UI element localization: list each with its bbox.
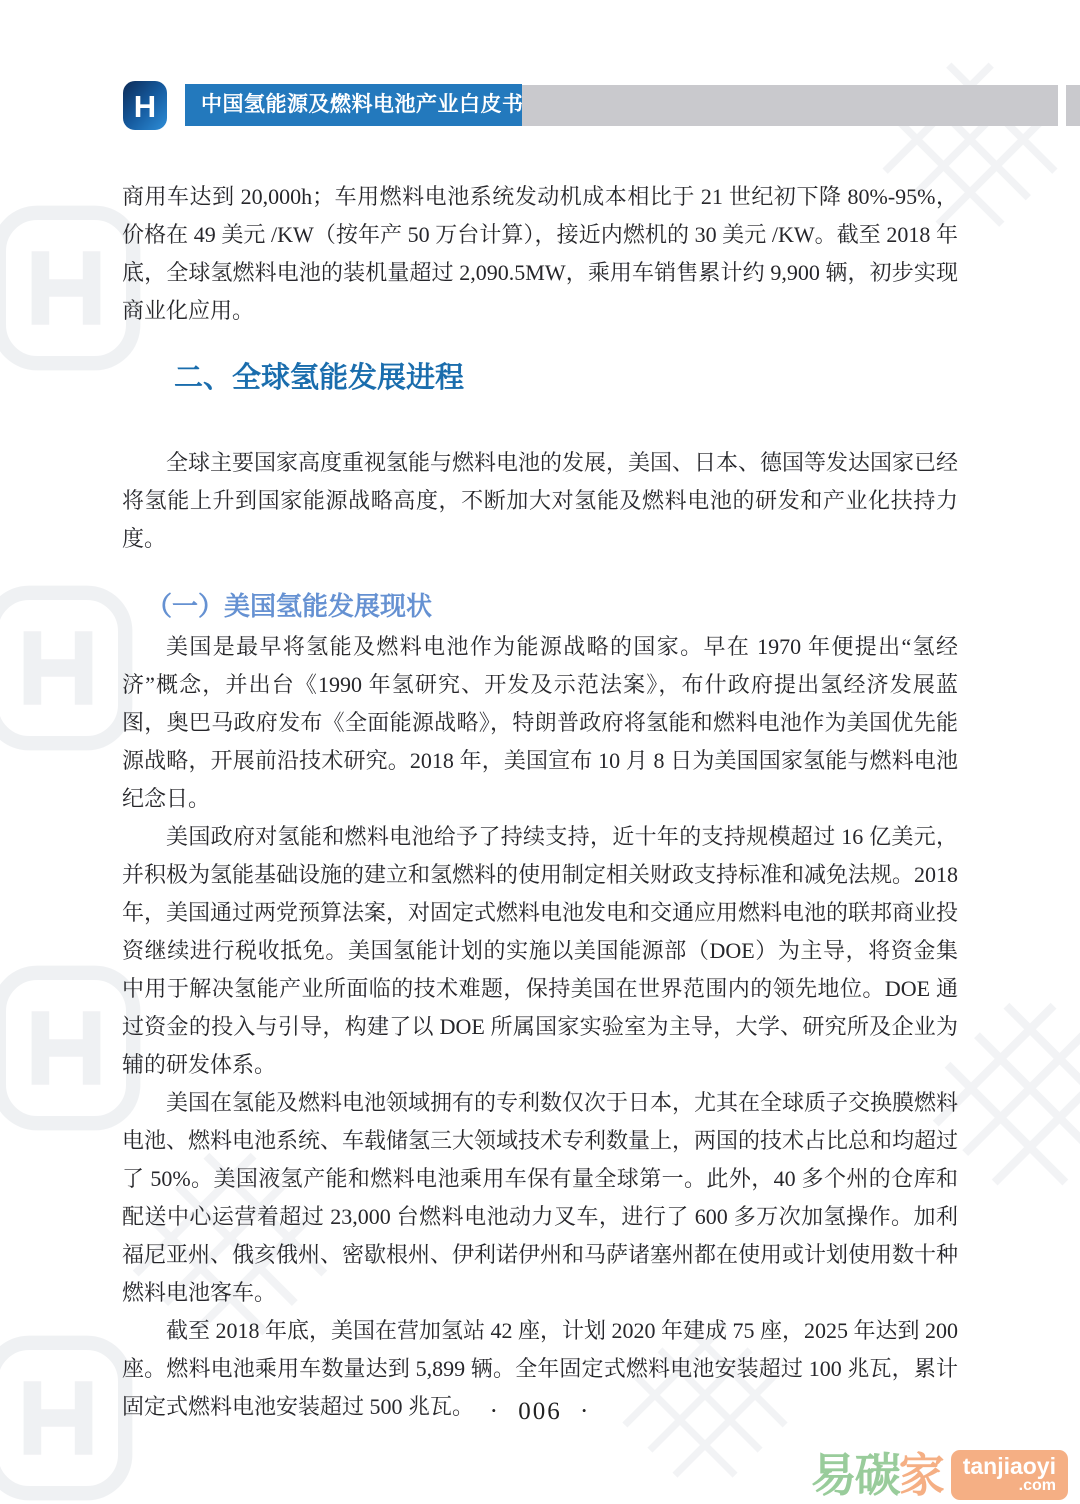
section-intro-paragraph: 全球主要国家高度重视氢能与燃料电池的发展，美国、日本、德国等发达国家已经将氢能上… <box>122 444 958 558</box>
page-number: · 006 · <box>0 1398 1080 1426</box>
brand-cn-green: 易碳 <box>811 1449 899 1501</box>
background-watermark-logo <box>0 580 138 756</box>
brand-site-name: tanjiaoyi <box>963 1454 1056 1478</box>
document-body: 商用车达到 20,000h；车用燃料电池系统发动机成本相比于 21 世纪初下降 … <box>122 178 958 1426</box>
brand-watermark-cn: 易碳家 <box>811 1452 943 1498</box>
brand-watermark-badge: tanjiaoyi .com <box>951 1450 1068 1500</box>
header-gray-bar <box>522 85 1058 126</box>
brand-watermark: 易碳家 tanjiaoyi .com <box>811 1450 1068 1500</box>
subsection-heading: （一）美国氢能发展现状 <box>146 590 958 622</box>
svg-text:H: H <box>134 89 156 124</box>
header-gray-bar-end <box>1066 85 1080 126</box>
brand-cn-orange: 家 <box>899 1449 943 1501</box>
continuation-paragraph: 商用车达到 20,000h；车用燃料电池系统发动机成本相比于 21 世纪初下降 … <box>122 178 958 330</box>
document-page: H 中国氢能源及燃料电池产业白皮书 商用车达到 20,000h；车用燃料电池系统… <box>0 0 1080 1504</box>
section-heading: 二、全球氢能发展进程 <box>174 360 958 396</box>
brand-site-tld: .com <box>963 1478 1056 1495</box>
header-banner-title: 中国氢能源及燃料电池产业白皮书 <box>185 84 522 126</box>
body-paragraph: 美国在氢能及燃料电池领域拥有的专利数仅次于日本，尤其在全球质子交换膜燃料电池、燃… <box>122 1084 958 1312</box>
body-paragraph: 美国政府对氢能和燃料电池给予了持续支持，近十年的支持规模超过 16 亿美元，并积… <box>122 818 958 1084</box>
hydrogen-alliance-logo-icon: H <box>122 80 168 131</box>
body-paragraph: 美国是最早将氢能及燃料电池作为能源战略的国家。早在 1970 年便提出“氢经济”… <box>122 628 958 818</box>
